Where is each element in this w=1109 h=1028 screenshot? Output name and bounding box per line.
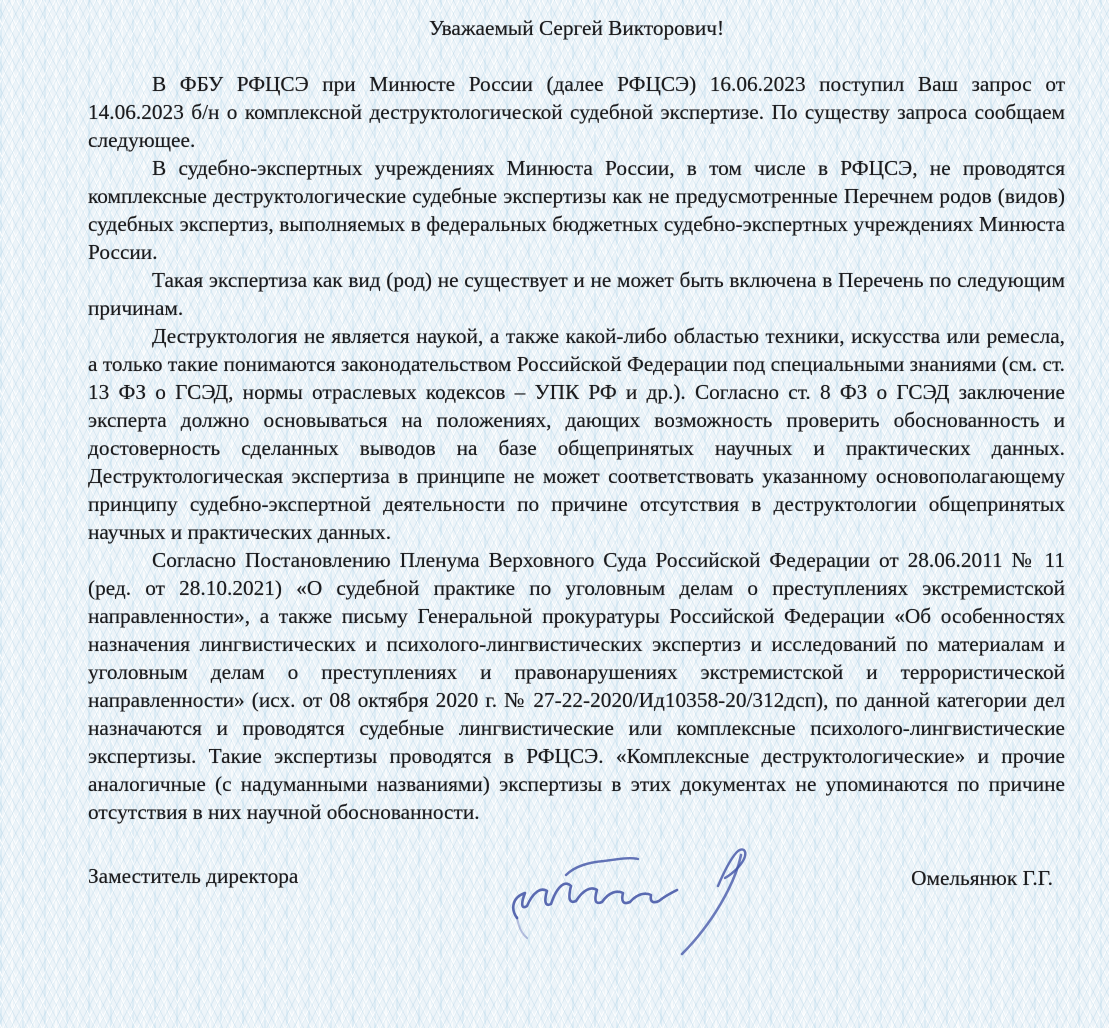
signer-name-label: Омельянюк Г.Г. [911, 864, 1053, 892]
signature-block: Заместитель директора Омельянюк Г.Г. [88, 848, 1065, 968]
paragraph-destructology-not-science: Деструктология не является наукой, а так… [88, 322, 1065, 546]
salutation-line: Уважаемый Сергей Викторович! [88, 14, 1065, 42]
paragraph-not-in-list: Такая экспертиза как вид (род) не сущест… [88, 266, 1065, 322]
scanned-letter-page: Уважаемый Сергей Викторович! В ФБУ РФЦСЭ… [0, 0, 1109, 1028]
paragraph-supreme-court-ruling: Согласно Постановлению Пленума Верховног… [88, 546, 1065, 826]
letter-body: Уважаемый Сергей Викторович! В ФБУ РФЦСЭ… [0, 0, 1109, 968]
signer-position-label: Заместитель директора [88, 862, 298, 890]
paragraph-intro: В ФБУ РФЦСЭ при Минюсте России (далее РФ… [88, 70, 1065, 154]
paragraph-no-expertise: В судебно-экспертных учреждениях Минюста… [88, 154, 1065, 266]
handwritten-signature-icon [480, 834, 780, 959]
